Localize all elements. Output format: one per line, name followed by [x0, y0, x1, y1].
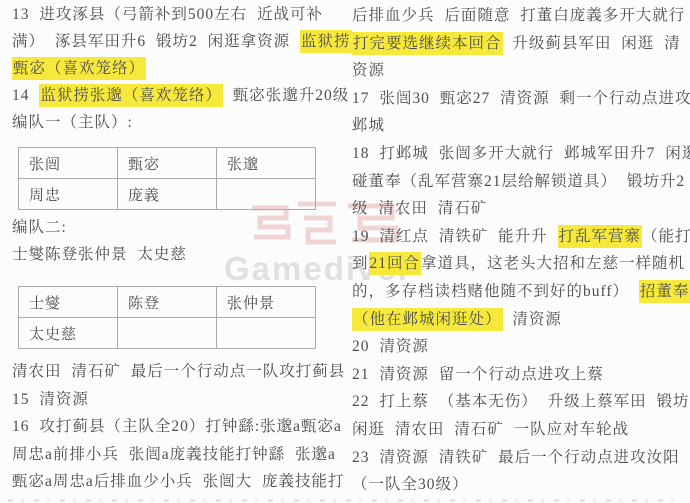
left-column: 13 进攻涿县（弓箭补到500左右 近战可补满） 涿县军田升6 锻坊2 闲逛拿资…	[12, 1, 348, 496]
team-member-cell	[217, 318, 316, 349]
text-segment: 碰董奉（乱军营寨21层给解锁道具） 锻坊升2	[352, 173, 685, 190]
text-line: 16 攻打蓟县（主队全20）打钟繇:张邈a甄宓a	[12, 413, 348, 441]
text-segment: 17 张闿30 甄宓27 清资源 剩一个行动点进攻	[352, 90, 690, 107]
text-segment: 升级蓟县军田 闲逛 清	[503, 35, 681, 52]
team-member-cell: 士燮	[19, 287, 118, 318]
team-member-cell: 张闿	[19, 148, 118, 179]
text-segment: 邺城	[352, 117, 385, 134]
text-segment: 士燮陈登张仲景 太史慈	[12, 246, 187, 263]
text-segment: 16 攻打蓟县（主队全20）打钟繇:张邈a甄宓a	[12, 418, 342, 435]
highlighted-text: 招董奉	[639, 280, 690, 303]
text-line: 甄宓（喜欢笼络）	[12, 55, 348, 82]
text-line: 满） 涿县军田升6 锻坊2 闲逛拿资源 监狱捞	[12, 28, 348, 55]
text-line: 的，多存档读档赌他随不到好的buff） 招董奉	[352, 278, 690, 306]
text-line: 清农田 清石矿 最后一个行动点一队攻打蓟县	[12, 358, 348, 386]
text-line: 19 清红点 清铁矿 能升升 打乱军营寨（能打	[352, 223, 690, 251]
text-line: 打完要选继续本回合 升级蓟县军田 闲逛 清	[352, 30, 690, 58]
team-member-cell: 周忠	[19, 179, 118, 210]
text-line: 17 张闿30 甄宓27 清资源 剩一个行动点进攻	[352, 85, 690, 113]
text-line: 20 清资源	[352, 333, 690, 361]
text-line: 13 进攻涿县（弓箭补到500左右 近战可补	[12, 1, 348, 28]
text-line: 14 监狱捞张邈（喜欢笼络） 甄宓张邈升20级	[12, 82, 348, 109]
team-member-cell: 张邈	[217, 148, 316, 179]
text-line: 22 打上蔡 （基本无伤） 升级上蔡军田 锻坊	[352, 388, 690, 416]
text-segment: 19 清红点 清铁矿 能升升	[352, 228, 558, 245]
highlighted-text: 打乱军营寨	[558, 225, 643, 248]
highlighted-text: 21回合	[369, 252, 422, 275]
table-row: 周忠庞義	[19, 179, 316, 210]
text-line: 碰董奉（乱军营寨21层给解锁道具） 锻坊升2	[352, 168, 690, 196]
text-segment: （能打	[642, 228, 690, 245]
text-line: 级 清农田 清石矿	[352, 195, 690, 223]
text-line: 编队二:	[12, 214, 348, 241]
text-segment: 清资源	[503, 311, 562, 328]
text-segment: 资源	[352, 62, 385, 79]
team-member-cell: 庞義	[118, 179, 217, 210]
text-line: 15 清资源	[12, 386, 348, 414]
text-line: （一队全30级）	[352, 471, 690, 499]
text-line: 18 打邺城 张闿多开大就行 邺城军田升7 闲逛	[352, 140, 690, 168]
text-line: 士燮陈登张仲景 太史慈	[12, 241, 348, 268]
text-segment: 的，多存档读档赌他随不到好的buff）	[352, 283, 639, 300]
paragraph-block: 编队二:士燮陈登张仲景 太史慈	[12, 214, 348, 268]
text-segment: 23 清资源 清铁矿 最后一个行动点进攻汝阳	[352, 449, 680, 466]
table-row: 士燮陈登张仲景	[19, 287, 316, 318]
team-one-table: 张闿甄宓张邈周忠庞義	[18, 147, 316, 210]
text-segment: 15 清资源	[12, 391, 89, 408]
team-member-cell	[217, 179, 316, 210]
text-segment: 18 打邺城 张闿多开大就行 邺城军田升7 闲逛	[352, 145, 690, 162]
text-line: 邺城	[352, 112, 690, 140]
text-line: 编队一（主队）:	[12, 109, 348, 136]
highlighted-text: 监狱捞张邈（喜欢笼络）	[39, 84, 223, 107]
text-segment: 22 打上蔡 （基本无伤） 升级上蔡军田 锻坊	[352, 393, 690, 410]
text-segment: 满） 涿县军田升6 锻坊2 闲逛拿资源	[12, 33, 300, 50]
team-member-cell	[118, 318, 217, 349]
text-segment: 14	[12, 87, 39, 104]
right-column: 后排血少兵 后面随意 打董白庞義多开大就行打完要选继续本回合 升级蓟县军田 闲逛…	[352, 2, 690, 499]
text-segment: （一队全30级）	[352, 476, 469, 493]
text-segment: 13 进攻涿县（弓箭补到500左右 近战可补	[12, 6, 323, 23]
team-member-cell: 甄宓	[118, 148, 217, 179]
text-segment: 编队一（主队）:	[12, 114, 133, 131]
text-line: 闲逛 清农田 清石矿 一队应对车轮战	[352, 416, 690, 444]
text-segment: 甄宓张邈升20级	[223, 87, 349, 104]
text-segment: 编队二:	[12, 219, 67, 236]
table-row: 张闿甄宓张邈	[19, 148, 316, 179]
text-line: 到21回合拿道具，这老头大招和左慈一样随机	[352, 250, 690, 278]
text-segment: 甄宓a周忠a后排血少小兵 张闿大 庞義技能打	[12, 473, 345, 490]
document-page: Gamediver 13 进攻涿县（弓箭补到500左右 近战可补满） 涿县军田升…	[0, 0, 690, 503]
text-line: （他在邺城闲逛处） 清资源	[352, 306, 690, 334]
paragraph-block: 清农田 清石矿 最后一个行动点一队攻打蓟县15 清资源16 攻打蓟县（主队全20…	[12, 358, 348, 496]
text-segment: 21 清资源 留一个行动点进攻上蔡	[352, 366, 604, 383]
text-segment: 周忠a前排小兵 张闿a庞義技能打钟繇 张邈a	[12, 446, 336, 463]
team-two-table: 士燮陈登张仲景太史慈	[18, 286, 316, 349]
highlighted-text: 打完要选继续本回合	[352, 32, 503, 55]
paragraph-block: 13 进攻涿县（弓箭补到500左右 近战可补满） 涿县军田升6 锻坊2 闲逛拿资…	[12, 1, 348, 136]
text-line: 周忠a前排小兵 张闿a庞義技能打钟繇 张邈a	[12, 441, 348, 469]
cropped-next-line	[8, 499, 682, 502]
text-segment: 后排血少兵 后面随意 打董白庞義多开大就行	[352, 7, 685, 24]
team-member-cell: 陈登	[118, 287, 217, 318]
text-segment: 级 清农田 清石矿	[352, 200, 487, 217]
text-line: 后排血少兵 后面随意 打董白庞義多开大就行	[352, 2, 690, 30]
team-member-cell: 太史慈	[19, 318, 118, 349]
table-row: 太史慈	[19, 318, 316, 349]
text-line: 甄宓a周忠a后排血少小兵 张闿大 庞義技能打	[12, 468, 348, 496]
paragraph-block: 后排血少兵 后面随意 打董白庞義多开大就行打完要选继续本回合 升级蓟县军田 闲逛…	[352, 2, 690, 499]
text-segment: 拿道具，这老头大招和左慈一样随机	[421, 255, 685, 272]
text-line: 23 清资源 清铁矿 最后一个行动点进攻汝阳	[352, 444, 690, 472]
highlighted-text: （他在邺城闲逛处）	[352, 308, 503, 331]
team-member-cell: 张仲景	[217, 287, 316, 318]
text-line: 资源	[352, 57, 690, 85]
text-line: 21 清资源 留一个行动点进攻上蔡	[352, 361, 690, 389]
highlighted-text: 监狱捞	[300, 30, 352, 53]
text-segment: 清农田 清石矿 最后一个行动点一队攻打蓟县	[12, 363, 345, 380]
text-segment: 到	[352, 255, 369, 272]
text-segment: 20 清资源	[352, 338, 429, 355]
text-segment: 闲逛 清农田 清石矿 一队应对车轮战	[352, 421, 629, 438]
highlighted-text: 甄宓（喜欢笼络）	[12, 57, 146, 80]
